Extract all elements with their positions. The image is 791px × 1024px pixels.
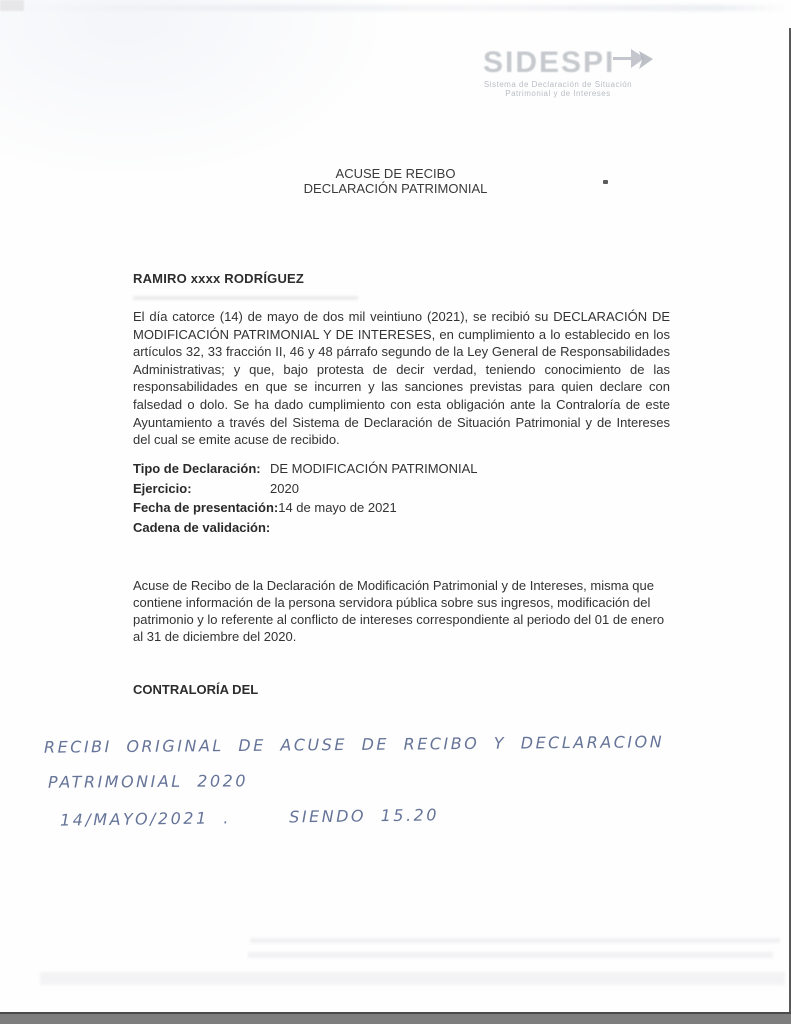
recipient-name: RAMIRO xxxx RODRÍGUEZ: [133, 271, 304, 286]
field-row-cadena: Cadena de validación:: [133, 518, 653, 538]
contraloria-heading: CONTRALORÍA DEL: [133, 682, 258, 697]
bleed-through-ghost-text: [40, 972, 785, 985]
handwritten-note-line1: RECIBI ORIGINAL DE ACUSE DE RECIBO Y DEC…: [44, 732, 664, 756]
bleed-through-ghost-text: [248, 952, 773, 958]
logo-tagline-line2: Patrimonial y de Intereses: [483, 89, 633, 98]
scanned-document-page: SIDESPI Sistema de Declaración de Situac…: [0, 0, 791, 1024]
field-row-tipo: Tipo de Declaración: DE MODIFICACIÓN PAT…: [133, 459, 653, 479]
title-line1: ACUSE DE RECIBO: [0, 166, 791, 181]
logo-tagline-line1: Sistema de Declaración de Situación: [483, 80, 633, 89]
field-row-fecha: Fecha de presentación: 14 de mayo de 202…: [133, 498, 653, 518]
sidespi-logo: SIDESPI Sistema de Declaración de Situac…: [483, 46, 653, 98]
field-label: Fecha de presentación:: [133, 498, 278, 518]
handwritten-note-line3: 14/MAYO/2021 . SIENDO 15.20: [60, 805, 439, 829]
scan-edge-bottom: [0, 1012, 791, 1024]
handwritten-note-line2: PATRIMONIAL 2020: [48, 771, 248, 791]
field-row-ejercicio: Ejercicio: 2020: [133, 479, 653, 499]
summary-paragraph: Acuse de Recibo de la Declaración de Mod…: [133, 577, 676, 645]
title-line2: DECLARACIÓN PATRIMONIAL: [0, 181, 791, 196]
ink-speck: [603, 180, 608, 184]
field-label: Tipo de Declaración:: [133, 459, 270, 479]
field-value: 14 de mayo de 2021: [278, 498, 397, 518]
sidespi-logo-text: SIDESPI: [483, 46, 615, 80]
field-value: 2020: [270, 479, 299, 499]
declaration-fields: Tipo de Declaración: DE MODIFICACIÓN PAT…: [133, 459, 653, 537]
scan-smudge-under-name: [133, 296, 358, 300]
document-title: ACUSE DE RECIBO DECLARACIÓN PATRIMONIAL: [0, 166, 791, 196]
sidespi-logo-row: SIDESPI: [483, 46, 653, 80]
body-paragraph: El día catorce (14) de mayo de dos mil v…: [133, 308, 670, 449]
field-value: DE MODIFICACIÓN PATRIMONIAL: [270, 459, 478, 479]
bleed-through-ghost-text: [250, 938, 780, 943]
field-label: Ejercicio:: [133, 479, 270, 499]
double-chevron-right-arrow-icon: [611, 41, 657, 80]
scan-mark-left: [0, 0, 24, 11]
field-label: Cadena de validación:: [133, 518, 270, 538]
